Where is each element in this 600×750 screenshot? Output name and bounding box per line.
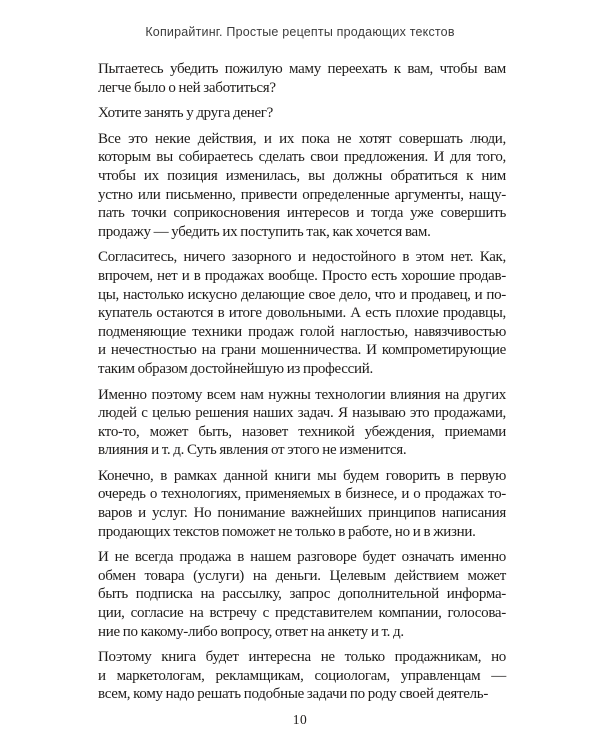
text-line: кто-то, может быть, назовет техникой убе… [98, 423, 506, 442]
text-line: ние по какому-либо вопросу, ответ на анк… [98, 623, 506, 642]
text-line: варов и услуг. Но понимание важнейших пр… [98, 504, 506, 523]
text-line: и нечестностью на грани мошенничества. И… [98, 341, 506, 360]
paragraph: Конечно, в рамках данной книги мы будем … [98, 467, 506, 541]
running-header: Копирайтинг. Простые рецепты продающих т… [0, 25, 600, 39]
paragraph: Поэтому книга будет интересна не только … [98, 648, 506, 704]
book-page: Копирайтинг. Простые рецепты продающих т… [0, 0, 600, 750]
text-line: продающих текстов поможет не только в ра… [98, 523, 506, 542]
text-line: Пытаетесь убедить пожилую маму переехать… [98, 60, 506, 79]
paragraph: Пытаетесь убедить пожилую маму переехать… [98, 60, 506, 97]
text-line: Поэтому книга будет интересна не только … [98, 648, 506, 667]
text-line: устно или письменно, привести определенн… [98, 186, 506, 205]
text-line: Конечно, в рамках данной книги мы будем … [98, 467, 506, 486]
text-line: быть подписка на рассылку, запрос дополн… [98, 585, 506, 604]
text-line: ции, согласие на встречу с представителе… [98, 604, 506, 623]
text-line: цы, настолько искусно делающие свое дело… [98, 286, 506, 305]
text-line: подменяющие техники продаж голой наглост… [98, 323, 506, 342]
page-number: 10 [0, 712, 600, 728]
text-line: таким образом достойнейшую из профессий. [98, 360, 506, 379]
paragraph: Все это некие действия, и их пока не хот… [98, 130, 506, 242]
text-line: Именно поэтому всем нам нужны технологии… [98, 386, 506, 405]
text-line: И не всегда продажа в нашем разговоре бу… [98, 548, 506, 567]
text-line: обмен товара (услуги) на деньги. Целевым… [98, 567, 506, 586]
paragraph: Согласитесь, ничего зазорного и недостой… [98, 248, 506, 378]
text-line: продажу — убедить их поступить так, как … [98, 223, 506, 242]
text-line: которым вы собираетесь сделать свои пред… [98, 148, 506, 167]
text-line: чтобы их позиция изменилась, вы должны о… [98, 167, 506, 186]
text-line: влияния и т. д. Суть явления от этого не… [98, 441, 506, 460]
text-line: и маркетологам, рекламщикам, социологам,… [98, 667, 506, 686]
text-line: очередь о технологиях, применяемых в биз… [98, 485, 506, 504]
text-line: людей с целью решения наших задач. Я наз… [98, 404, 506, 423]
text-line: всем, кому надо решать подобные задачи п… [98, 685, 506, 704]
text-line: Хотите занять у друга денег? [98, 104, 506, 123]
paragraph: Именно поэтому всем нам нужны технологии… [98, 386, 506, 460]
text-line: легче было о ней заботиться? [98, 79, 506, 98]
text-line: впрочем, нет и в продажах вообще. Просто… [98, 267, 506, 286]
text-line: Все это некие действия, и их пока не хот… [98, 130, 506, 149]
paragraph: И не всегда продажа в нашем разговоре бу… [98, 548, 506, 641]
text-line: Согласитесь, ничего зазорного и недостой… [98, 248, 506, 267]
text-line: купатель остаются в итоге довольными. А … [98, 304, 506, 323]
page-body: Пытаетесь убедить пожилую маму переехать… [98, 60, 506, 711]
paragraph: Хотите занять у друга денег? [98, 104, 506, 123]
text-line: пать точки соприкосновения интересов и т… [98, 204, 506, 223]
